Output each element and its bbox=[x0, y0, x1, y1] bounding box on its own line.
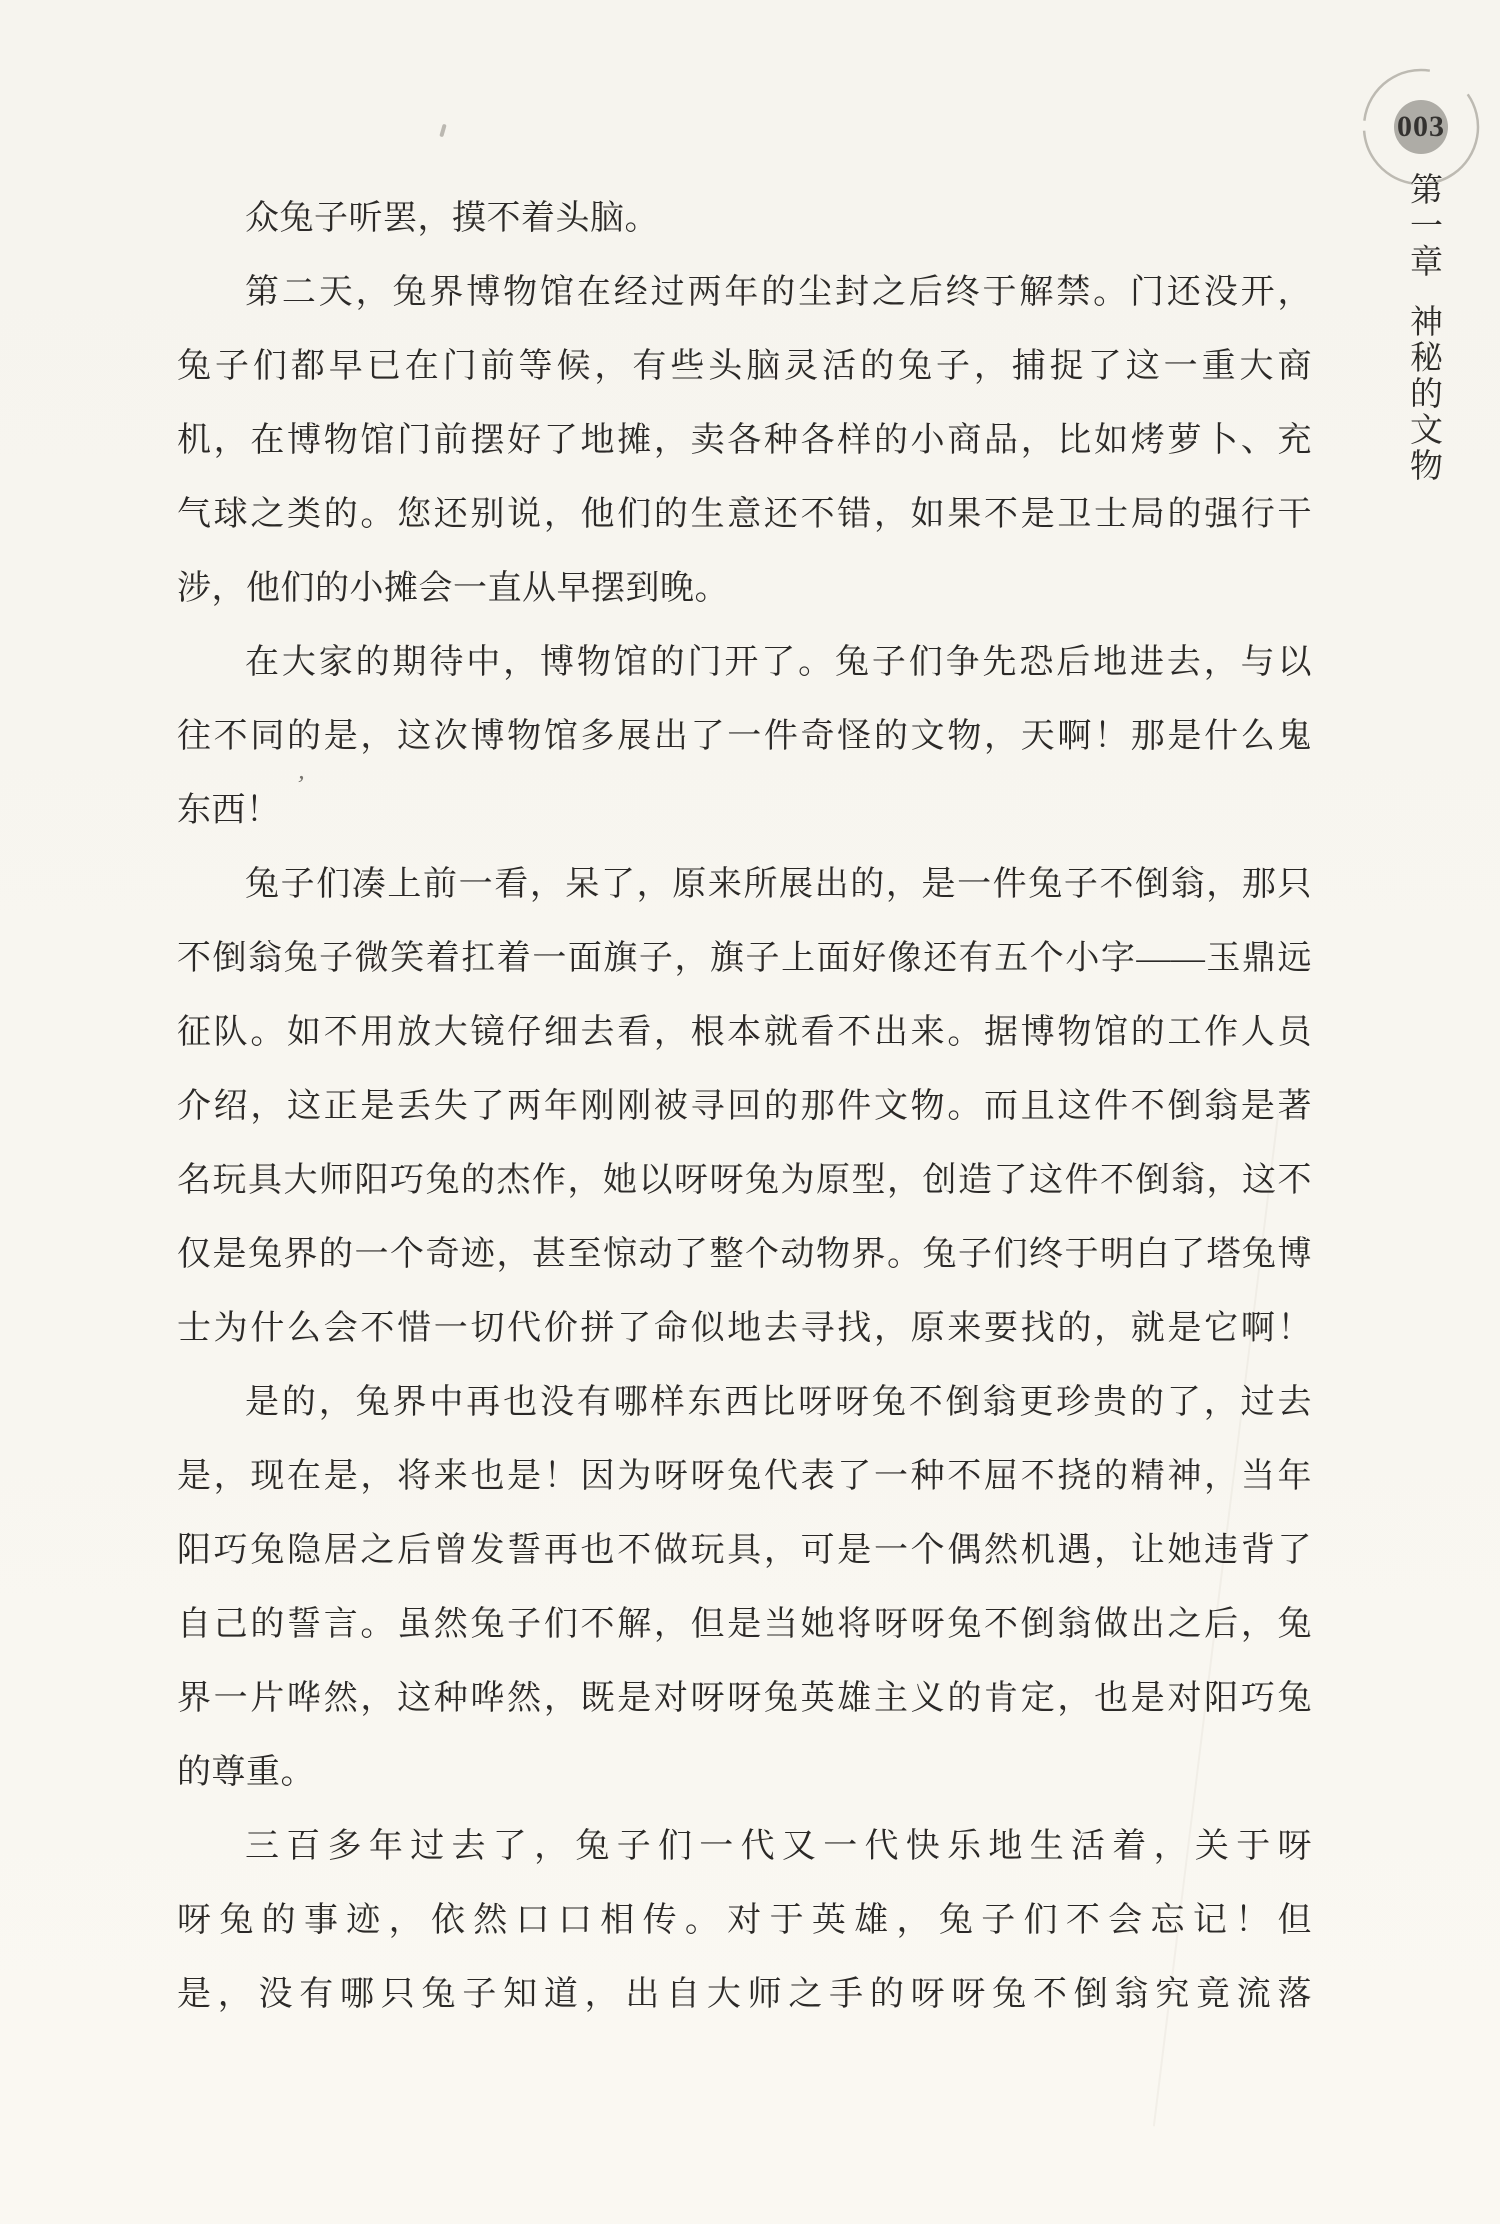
text-line: 兔子们凑上前一看，呆了，原来所展出的，是一件兔子不倒翁，那只 bbox=[177, 848, 1312, 922]
chapter-gap bbox=[1423, 280, 1424, 304]
text-line: 三百多年过去了，兔子们一代又一代快乐地生活着，关于呀 bbox=[177, 1810, 1312, 1884]
text-line: 气球之类的。您还别说，他们的生意还不错，如果不是卫士局的强行干 bbox=[177, 478, 1312, 552]
text-line: 众兔子听罢，摸不着头脑。 bbox=[177, 182, 1312, 256]
chapter-heading: 第一章神秘的文物 bbox=[1400, 172, 1446, 484]
text-line: 第二天，兔界博物馆在经过两年的尘封之后终于解禁。门还没开， bbox=[177, 256, 1312, 330]
text-line: 呀兔的事迹，依然口口相传。对于英雄，兔子们不会忘记！但 bbox=[177, 1884, 1312, 1958]
text-line: 征队。如不用放大镜仔细去看，根本就看不出来。据博物馆的工作人员 bbox=[177, 996, 1312, 1070]
text-line: 是，没有哪只兔子知道，出自大师之手的呀呀兔不倒翁究竟流落 bbox=[177, 1958, 1312, 2032]
text-line: 往不同的是，这次博物馆多展出了一件奇怪的文物，天啊！那是什么鬼 bbox=[177, 700, 1312, 774]
scan-speck bbox=[439, 124, 446, 138]
text-line: 在大家的期待中，博物馆的门开了。兔子们争先恐后地进去，与以 bbox=[177, 626, 1312, 700]
text-line: 界一片哗然，这种哗然，既是对呀呀兔英雄主义的肯定，也是对阳巧兔 bbox=[177, 1662, 1312, 1736]
body-text: 众兔子听罢，摸不着头脑。第二天，兔界博物馆在经过两年的尘封之后终于解禁。门还没开… bbox=[177, 182, 1312, 2032]
text-line: 士为什么会不惜一切代价拼了命似地去寻找，原来要找的，就是它啊！ bbox=[177, 1292, 1312, 1366]
text-line: 兔子们都早已在门前等候，有些头脑灵活的兔子，捕捉了这一重大商 bbox=[177, 330, 1312, 404]
text-line: 仅是兔界的一个奇迹，甚至惊动了整个动物界。兔子们终于明白了塔兔博 bbox=[177, 1218, 1312, 1292]
text-line: 东西！ bbox=[177, 774, 1312, 848]
text-line: 涉，他们的小摊会一直从早摆到晚。 bbox=[177, 552, 1312, 626]
chapter-label: 第一章 bbox=[1405, 172, 1441, 280]
text-line: 机，在博物馆门前摆好了地摊，卖各种各样的小商品，比如烤萝卜、充 bbox=[177, 404, 1312, 478]
text-line: 阳巧兔隐居之后曾发誓再也不做玩具，可是一个偶然机遇，让她违背了 bbox=[177, 1514, 1312, 1588]
text-line: 自己的誓言。虽然兔子们不解，但是当她将呀呀兔不倒翁做出之后，兔 bbox=[177, 1588, 1312, 1662]
text-line: 是，现在是，将来也是！因为呀呀兔代表了一种不屈不挠的精神，当年 bbox=[177, 1440, 1312, 1514]
text-line: 名玩具大师阳巧兔的杰作，她以呀呀兔为原型，创造了这件不倒翁，这不 bbox=[177, 1144, 1312, 1218]
text-line: 的尊重。 bbox=[177, 1736, 1312, 1810]
text-line: 介绍，这正是丢失了两年刚刚被寻回的那件文物。而且这件不倒翁是著 bbox=[177, 1070, 1312, 1144]
page-number-badge: 003 bbox=[1394, 100, 1448, 154]
text-line: 不倒翁兔子微笑着扛着一面旗子，旗子上面好像还有五个小字——玉鼎远 bbox=[177, 922, 1312, 996]
text-line: 是的，兔界中再也没有哪样东西比呀呀兔不倒翁更珍贵的了，过去 bbox=[177, 1366, 1312, 1440]
page-number: 003 bbox=[1397, 110, 1445, 143]
book-page: 众兔子听罢，摸不着头脑。第二天，兔界博物馆在经过两年的尘封之后终于解禁。门还没开… bbox=[0, 0, 1500, 2224]
chapter-title: 神秘的文物 bbox=[1405, 304, 1441, 484]
